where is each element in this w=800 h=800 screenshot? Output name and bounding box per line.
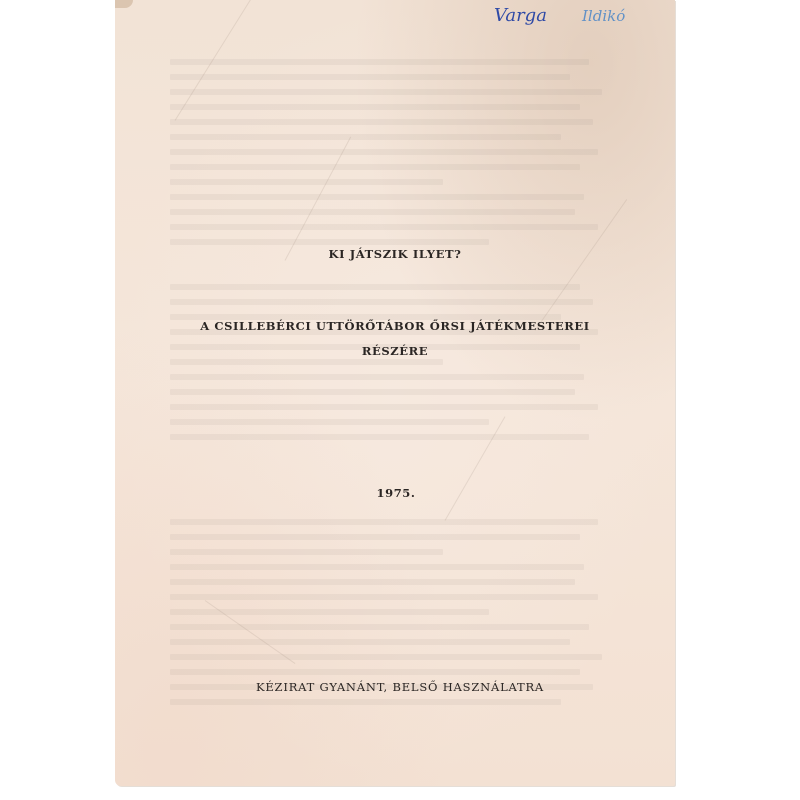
show-through-line <box>170 160 625 175</box>
show-through-line <box>170 70 625 85</box>
show-through-line <box>170 695 625 710</box>
document-footer: KÉZIRAT GYANÁNT, BELSŐ HASZNÁLATRA <box>120 680 680 694</box>
show-through-line <box>170 145 625 160</box>
show-through-line <box>170 635 625 650</box>
show-through-line <box>170 665 625 680</box>
show-through-line <box>170 605 625 620</box>
show-through-line <box>170 205 625 220</box>
handwritten-given-name: Ildikó <box>582 7 625 25</box>
document-subtitle-line-2: RÉSZÉRE <box>115 344 675 358</box>
show-through-line <box>170 575 625 590</box>
show-through-line <box>170 220 625 235</box>
show-through-text-top <box>170 55 625 255</box>
show-through-line <box>170 560 625 575</box>
show-through-line <box>170 130 625 145</box>
show-through-line <box>170 55 625 70</box>
show-through-line <box>170 590 625 605</box>
scanned-page <box>115 0 675 786</box>
show-through-line <box>170 100 625 115</box>
show-through-line <box>170 85 625 100</box>
show-through-line <box>170 415 625 430</box>
corner-stain <box>115 0 133 8</box>
handwritten-surname: Varga <box>494 5 547 26</box>
show-through-line <box>170 370 625 385</box>
document-year: 1975. <box>116 486 676 500</box>
show-through-line <box>170 530 625 545</box>
show-through-line <box>170 430 625 445</box>
show-through-text-middle <box>170 280 625 455</box>
show-through-line <box>170 515 625 530</box>
show-through-line <box>170 385 625 400</box>
show-through-line <box>170 400 625 415</box>
show-through-line <box>170 190 625 205</box>
show-through-line <box>170 115 625 130</box>
show-through-line <box>170 545 625 560</box>
show-through-line <box>170 175 625 190</box>
document-subtitle-line-1: A CSILLEBÉRCI UTTÖRŐTÁBOR ŐRSI JÁTÉKMEST… <box>115 319 675 333</box>
document-title: KI JÁTSZIK ILYET? <box>115 247 675 261</box>
show-through-line <box>170 650 625 665</box>
show-through-line <box>170 280 625 295</box>
